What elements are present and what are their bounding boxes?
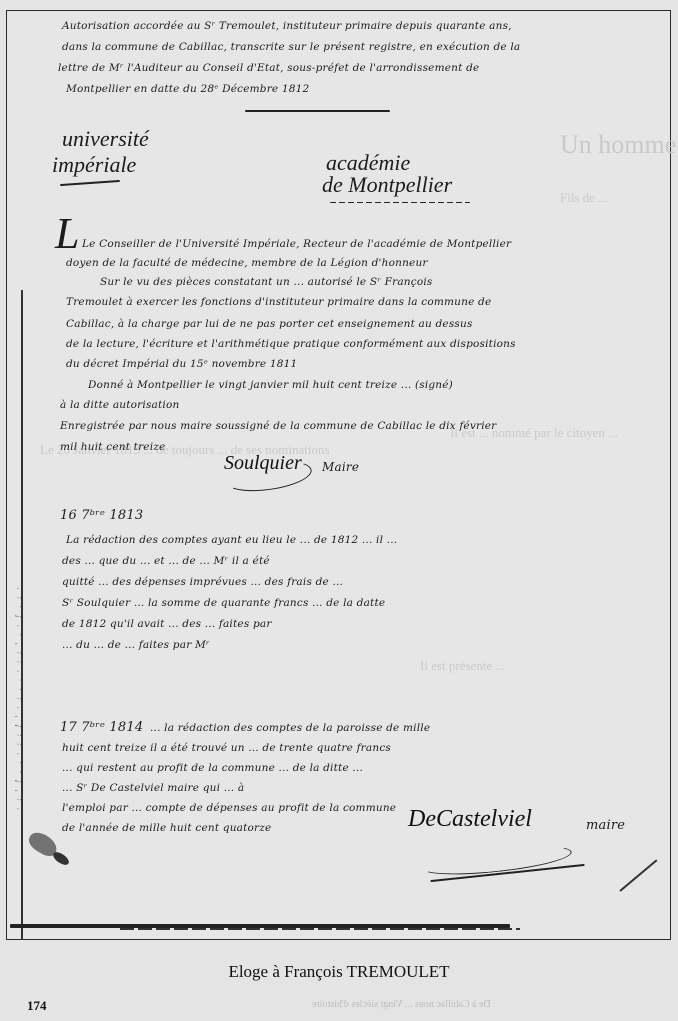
signature-title: Maire	[322, 460, 359, 474]
entry-date-1814: 17 7ᵇʳᵉ 1814	[60, 720, 143, 735]
body-line: du décret Impérial du 15ᵉ novembre 1811	[66, 358, 297, 370]
body-line: à la ditte autorisation	[60, 399, 179, 411]
header-note-line: Autorisation accordée au Sʳ Tremoulet, i…	[62, 20, 512, 32]
page-number: 174	[27, 998, 47, 1014]
body-line: Tremoulet à exercer les fonctions d'inst…	[66, 296, 491, 308]
entry-line: ... qui restent au profit de la commune …	[62, 762, 363, 774]
bottom-rule	[120, 928, 520, 930]
entry-line: ... Sʳ De Castelviel maire qui ... à	[62, 782, 244, 794]
registration-line: mil huit cent treize	[60, 441, 165, 453]
body-line: Sur le vu des pièces constatant un ... a…	[100, 276, 433, 288]
header-rule	[245, 110, 390, 112]
ghost-line: Il est présente ...	[420, 658, 505, 674]
entry-line: La rédaction des comptes ayant eu lieu l…	[66, 534, 397, 546]
entry-line: ... la rédaction des comptes de la paroi…	[150, 722, 430, 734]
entry-line: des ... que du ... et ... de ... Mʳ il a…	[62, 555, 270, 567]
entry-line: de 1812 qu'il avait ... des ... faites p…	[62, 618, 272, 630]
header-note-line: Montpellier en datte du 28ᵉ Décembre 181…	[66, 83, 309, 95]
figure-caption: Eloge à François TREMOULET	[0, 962, 678, 982]
letterhead-flourish	[330, 202, 470, 203]
body-line: doyen de la faculté de médecine, membre …	[66, 257, 428, 269]
entry-line: l'emploi par ... compte de dépenses au p…	[62, 802, 396, 814]
body-line: Donné à Montpellier le vingt janvier mil…	[88, 379, 453, 391]
entry-line: quitté ... des dépenses imprévues ... de…	[62, 576, 343, 588]
body-line: Cabillac, à la charge par lui de ne pas …	[66, 318, 473, 330]
header-note-line: dans la commune de Cabillac, transcrite …	[62, 41, 520, 53]
entry-line: Sʳ Soulquier ... la somme de quarante fr…	[62, 597, 385, 609]
signature-title: maire	[586, 818, 625, 833]
header-note-line: lettre de Mʳ l'Auditeur au Conseil d'Eta…	[58, 62, 479, 74]
entry-line: huit cent treize il a été trouvé un ... …	[62, 742, 391, 754]
ghost-line: Fils de ...	[560, 190, 608, 206]
ghost-heading: Un homme illustre	[560, 130, 678, 160]
letterhead-universite: université	[62, 126, 149, 152]
entry-line: de l'année de mille huit cent quatorze	[62, 822, 271, 834]
signature-decastelviel: DeCastelviel	[408, 806, 532, 833]
body-line: Le Conseiller de l'Université Impériale,…	[82, 238, 511, 250]
entry-date-1813: 16 7ᵇʳᵉ 1813	[60, 508, 143, 523]
bleed-through-footer: De à Cabillac nous ... Vingt siècles d'h…	[312, 999, 491, 1010]
letterhead-montpellier: de Montpellier	[322, 172, 452, 198]
body-line: de la lecture, l'écriture et l'arithméti…	[66, 338, 516, 350]
letterhead-imperiale: impériale	[52, 152, 136, 178]
drop-cap: L	[55, 208, 79, 259]
registration-line: Enregistrée par nous maire soussigné de …	[60, 420, 496, 432]
margin-annotations: · : ' ! . , · ; : ! ' · : . , · ; : ' . …	[12, 30, 28, 810]
entry-line: ... du ... de ... faites par Mʳ	[62, 639, 210, 651]
